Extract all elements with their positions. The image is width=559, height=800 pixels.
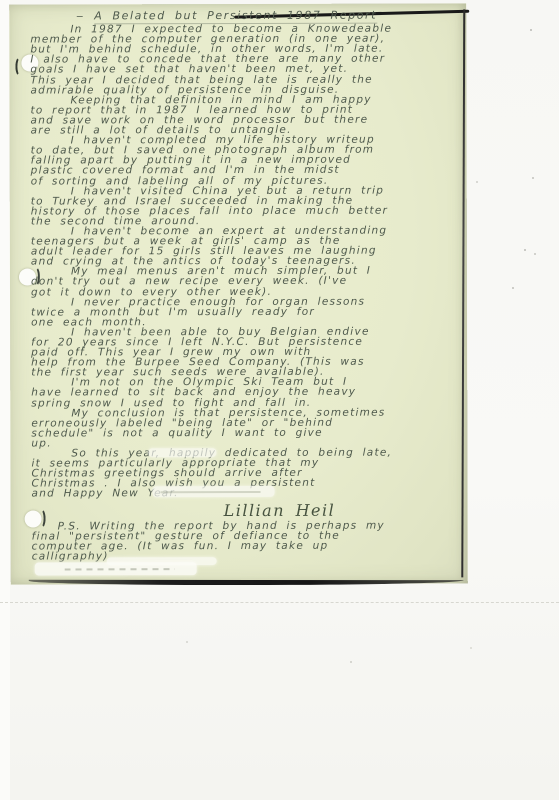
paragraph: I haven't become an expert at understand… [31, 225, 461, 267]
whiteout-patch [35, 562, 197, 575]
paper-sheet: ‒A Belated but Persistent 1987 Report In… [9, 3, 468, 584]
whiteout-patch [153, 486, 275, 497]
paragraph: In 1987 I expected to become a Knowedeab… [30, 24, 460, 96]
paragraph: Keeping that definiton in mind I am happ… [30, 94, 460, 136]
letter-title-row: ‒A Belated but Persistent 1987 Report [30, 10, 460, 21]
signature: Lillian Heil [224, 505, 462, 516]
perforation-line [0, 602, 559, 603]
scan-left-margin [0, 0, 10, 800]
scan-noise [530, 29, 532, 31]
handwritten-line: calligraphy) [32, 550, 462, 561]
paragraph: I haven't completed my life history writ… [31, 135, 461, 187]
postscript: P.S. Writing the report by hand is perha… [32, 520, 462, 562]
paragraph: I haven't been able to buy Belgian endiv… [31, 326, 461, 378]
paragraph: I never practice enough for organ lesson… [31, 296, 461, 327]
paragraph: I haven't visited China yet but a return… [31, 185, 461, 227]
margin-mark: ‒ [76, 11, 94, 21]
letter-content: ‒A Belated but Persistent 1987 Report In… [9, 3, 468, 584]
paragraph: I'm not on the Olympic Ski Team but Ihav… [31, 377, 461, 408]
paragraph: My meal menus aren't much simpler, but I… [31, 266, 461, 297]
whiteout-patch [148, 448, 216, 457]
letter-body: In 1987 I expected to become a Knowedeab… [30, 24, 461, 500]
paragraph: My conclusion is that persistence, somet… [31, 407, 461, 449]
